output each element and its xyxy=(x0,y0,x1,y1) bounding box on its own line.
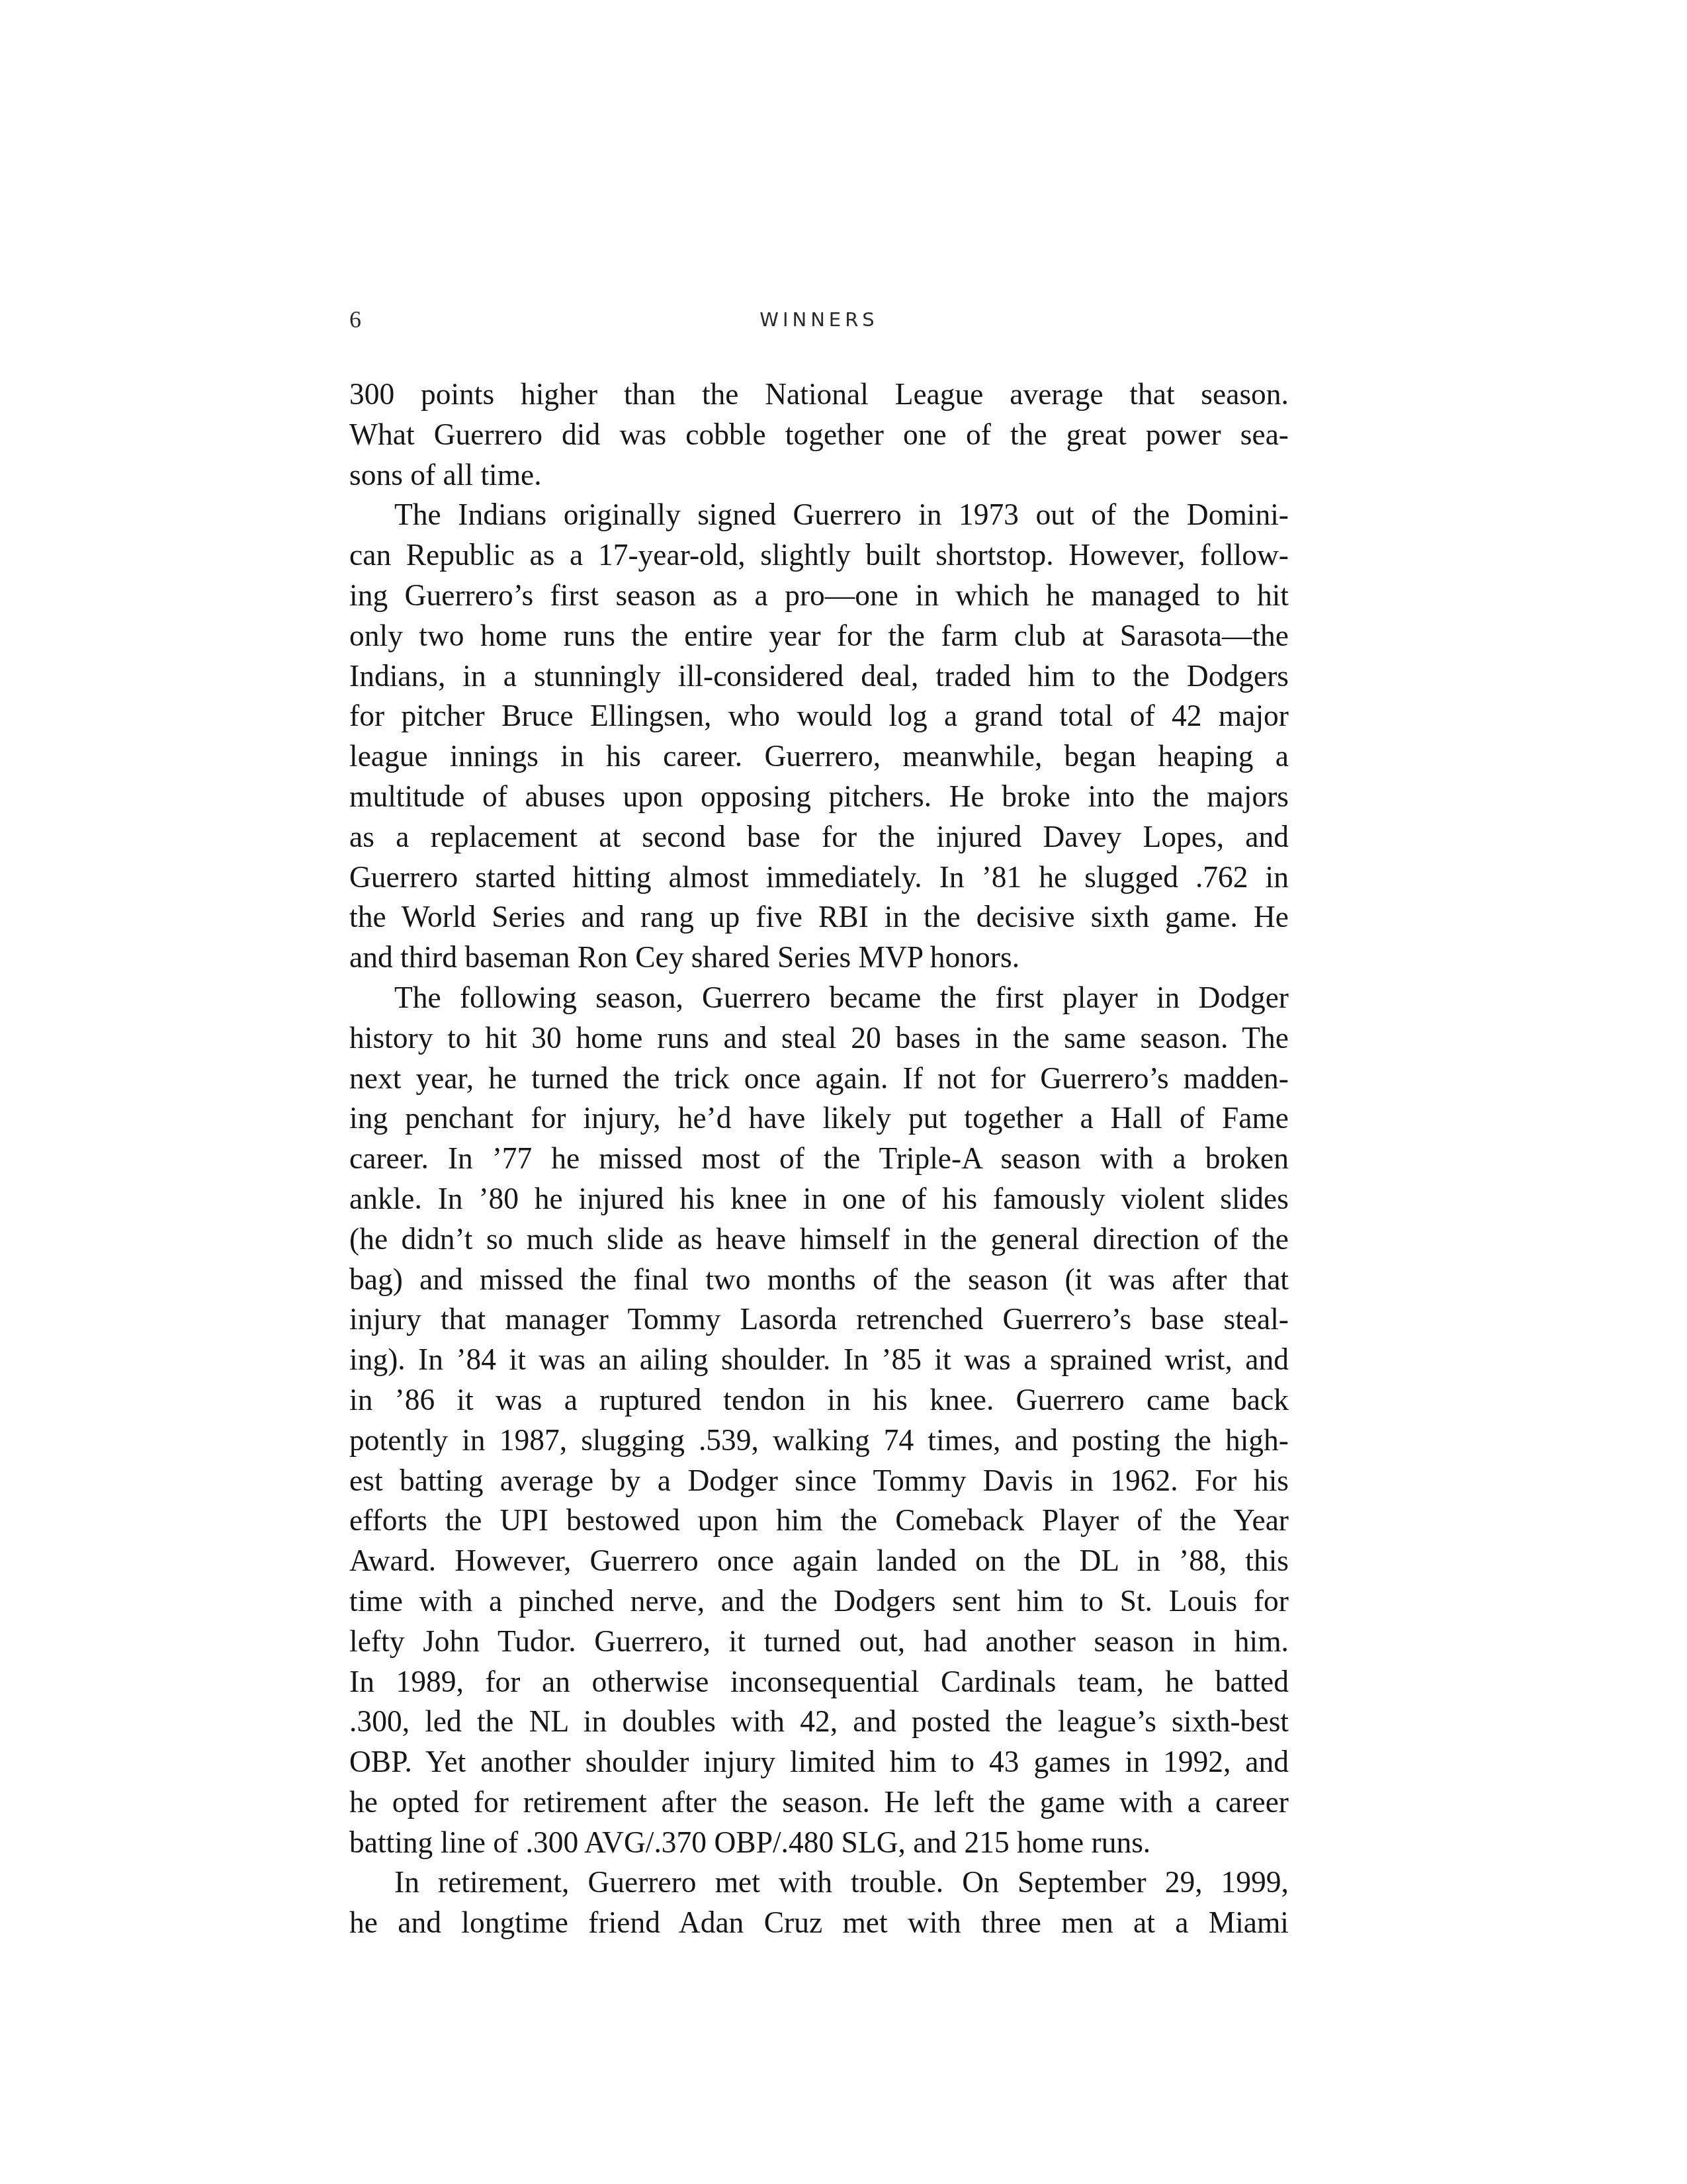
text-line: only two home runs the entire year for t… xyxy=(349,616,1289,656)
text-line: in ’86 it was a ruptured tendon in his k… xyxy=(349,1380,1289,1420)
text-line: history to hit 30 home runs and steal 20… xyxy=(349,1018,1289,1059)
text-line: The following season, Guerrero became th… xyxy=(349,978,1289,1018)
text-line: efforts the UPI bestowed upon him the Co… xyxy=(349,1501,1289,1541)
text-line: .300, led the NL in doubles with 42, and… xyxy=(349,1702,1289,1742)
text-line: batting line of .300 AVG/.370 OBP/.480 S… xyxy=(349,1823,1289,1863)
text-line: league innings in his career. Guerrero, … xyxy=(349,736,1289,777)
text-line: OBP. Yet another shoulder injury limited… xyxy=(349,1742,1289,1782)
text-line: potently in 1987, slugging .539, walking… xyxy=(349,1420,1289,1461)
paragraph: The Indians originally signed Guerrero i… xyxy=(349,495,1289,978)
text-line: and third baseman Ron Cey shared Series … xyxy=(349,938,1289,978)
text-line: bag) and missed the final two months of … xyxy=(349,1260,1289,1300)
text-line: he and longtime friend Adan Cruz met wit… xyxy=(349,1903,1289,1943)
text-line: the World Series and rang up five RBI in… xyxy=(349,897,1289,938)
paragraph: 300 points higher than the National Leag… xyxy=(349,374,1289,495)
text-line: he opted for retirement after the season… xyxy=(349,1782,1289,1823)
text-line: In retirement, Guerrero met with trouble… xyxy=(349,1862,1289,1903)
text-line: What Guerrero did was cobble together on… xyxy=(349,415,1289,455)
text-line: for pitcher Bruce Ellingsen, who would l… xyxy=(349,696,1289,736)
running-title: WINNERS xyxy=(349,303,1289,336)
text-line: Guerrero started hitting almost immediat… xyxy=(349,857,1289,898)
text-line: ankle. In ’80 he injured his knee in one… xyxy=(349,1179,1289,1219)
paragraph: The following season, Guerrero became th… xyxy=(349,978,1289,1863)
text-line: The Indians originally signed Guerrero i… xyxy=(349,495,1289,535)
text-line: ing penchant for injury, he’d have likel… xyxy=(349,1098,1289,1139)
text-line: In 1989, for an otherwise inconsequentia… xyxy=(349,1662,1289,1702)
text-line: sons of all time. xyxy=(349,455,1289,496)
text-line: ing Guerrero’s first season as a pro—one… xyxy=(349,576,1289,616)
text-line: as a replacement at second base for the … xyxy=(349,817,1289,857)
paragraph: In retirement, Guerrero met with trouble… xyxy=(349,1862,1289,1943)
text-line: (he didn’t so much slide as heave himsel… xyxy=(349,1219,1289,1260)
text-line: ing). In ’84 it was an ailing shoulder. … xyxy=(349,1340,1289,1380)
text-line: Award. However, Guerrero once again land… xyxy=(349,1541,1289,1581)
text-line: career. In ’77 he missed most of the Tri… xyxy=(349,1139,1289,1179)
body-text: 300 points higher than the National Leag… xyxy=(349,374,1289,1943)
text-line: time with a pinched nerve, and the Dodge… xyxy=(349,1581,1289,1622)
text-line: next year, he turned the trick once agai… xyxy=(349,1059,1289,1099)
text-line: 300 points higher than the National Leag… xyxy=(349,374,1289,415)
running-head: 6 WINNERS xyxy=(349,303,1289,336)
text-line: can Republic as a 17-year-old, slightly … xyxy=(349,535,1289,576)
text-line: injury that manager Tommy Lasorda retren… xyxy=(349,1299,1289,1340)
text-line: Indians, in a stunningly ill-considered … xyxy=(349,656,1289,697)
text-line: lefty John Tudor. Guerrero, it turned ou… xyxy=(349,1622,1289,1662)
text-line: multitude of abuses upon opposing pitche… xyxy=(349,777,1289,817)
text-line: est batting average by a Dodger since To… xyxy=(349,1461,1289,1501)
book-page: 6 WINNERS 300 points higher than the Nat… xyxy=(0,0,1687,2184)
